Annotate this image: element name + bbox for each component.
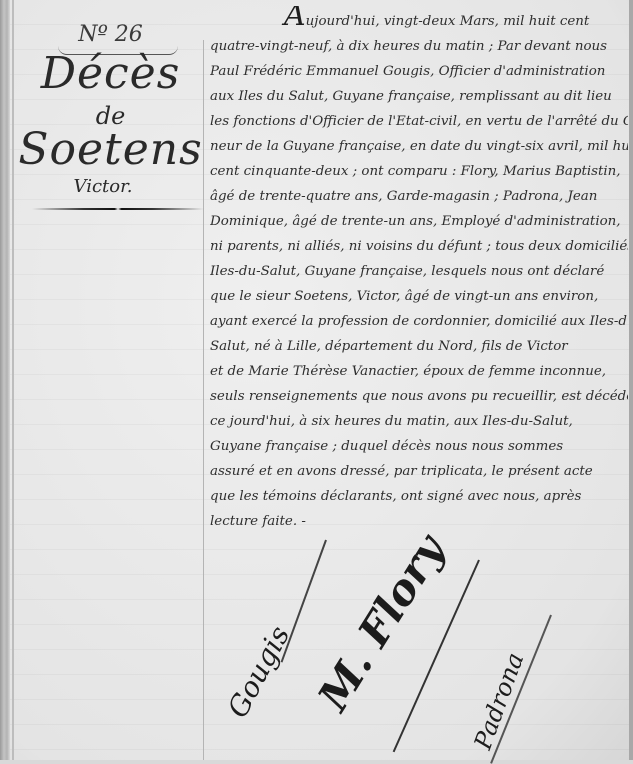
deceased-first-name: Victor. xyxy=(48,176,158,197)
deceased-surname: Soetens xyxy=(18,124,203,175)
drop-initial: A xyxy=(284,6,306,33)
margin-column: Nº 26 Décès de Soetens Victor. xyxy=(18,0,203,760)
signature-block: Gougis M. Flory Padrona xyxy=(210,540,630,760)
body-line-text: ujourd'hui, vingt-deux Mars, mil huit ce… xyxy=(306,14,590,29)
body-line: quatre-vingt-neuf, à dix heures du matin… xyxy=(210,34,628,59)
book-binding-edge xyxy=(0,0,10,760)
body-line: âgé de trente-quatre ans, Garde-magasin … xyxy=(210,184,628,209)
body-line: aux Iles du Salut, Guyane française, rem… xyxy=(210,84,628,109)
body-line: ce jourd'hui, à six heures du matin, aux… xyxy=(210,409,628,434)
act-body: Aujourd'hui, vingt-deux Mars, mil huit c… xyxy=(210,6,628,534)
signature-officer: Gougis xyxy=(221,621,296,723)
body-line: que le sieur Soetens, Victor, âgé de vin… xyxy=(210,284,628,309)
register-page: Nº 26 Décès de Soetens Victor. Aujourd'h… xyxy=(0,0,633,760)
body-line: seuls renseignements que nous avons pu r… xyxy=(210,384,628,409)
body-line: Aujourd'hui, vingt-deux Mars, mil huit c… xyxy=(210,6,628,34)
body-line: et de Marie Thérèse Vanactier, époux de … xyxy=(210,359,628,384)
body-line: les fonctions d'Officier de l'Etat-civil… xyxy=(210,109,628,134)
signature-witness-2: Padrona xyxy=(469,649,530,753)
body-line: ni parents, ni alliés, ni voisins du déf… xyxy=(210,234,628,259)
act-number: Nº 26 xyxy=(18,22,203,47)
body-line: Paul Frédéric Emmanuel Gougis, Officier … xyxy=(210,59,628,84)
binding-rule xyxy=(12,0,14,760)
body-line: ayant exercé la profession de cordonnier… xyxy=(210,309,628,334)
body-line: cent cinquante-deux ; ont comparu : Flor… xyxy=(210,159,628,184)
body-line: assuré et en avons dressé, par triplicat… xyxy=(210,459,628,484)
margin-title: Décès xyxy=(18,48,203,99)
body-line: Iles-du-Salut, Guyane française, lesquel… xyxy=(210,259,628,284)
body-line: Guyane française ; duquel décès nous nou… xyxy=(210,434,628,459)
body-line: neur de la Guyane française, en date du … xyxy=(210,134,628,159)
margin-rule xyxy=(203,40,204,760)
body-line: Dominique, âgé de trente-un ans, Employé… xyxy=(210,209,628,234)
body-line: Salut, né à Lille, département du Nord, … xyxy=(210,334,628,359)
title-divider xyxy=(32,208,204,210)
body-line: que les témoins déclarants, ont signé av… xyxy=(210,484,628,509)
signature-witness-1: M. Flory xyxy=(308,527,453,719)
